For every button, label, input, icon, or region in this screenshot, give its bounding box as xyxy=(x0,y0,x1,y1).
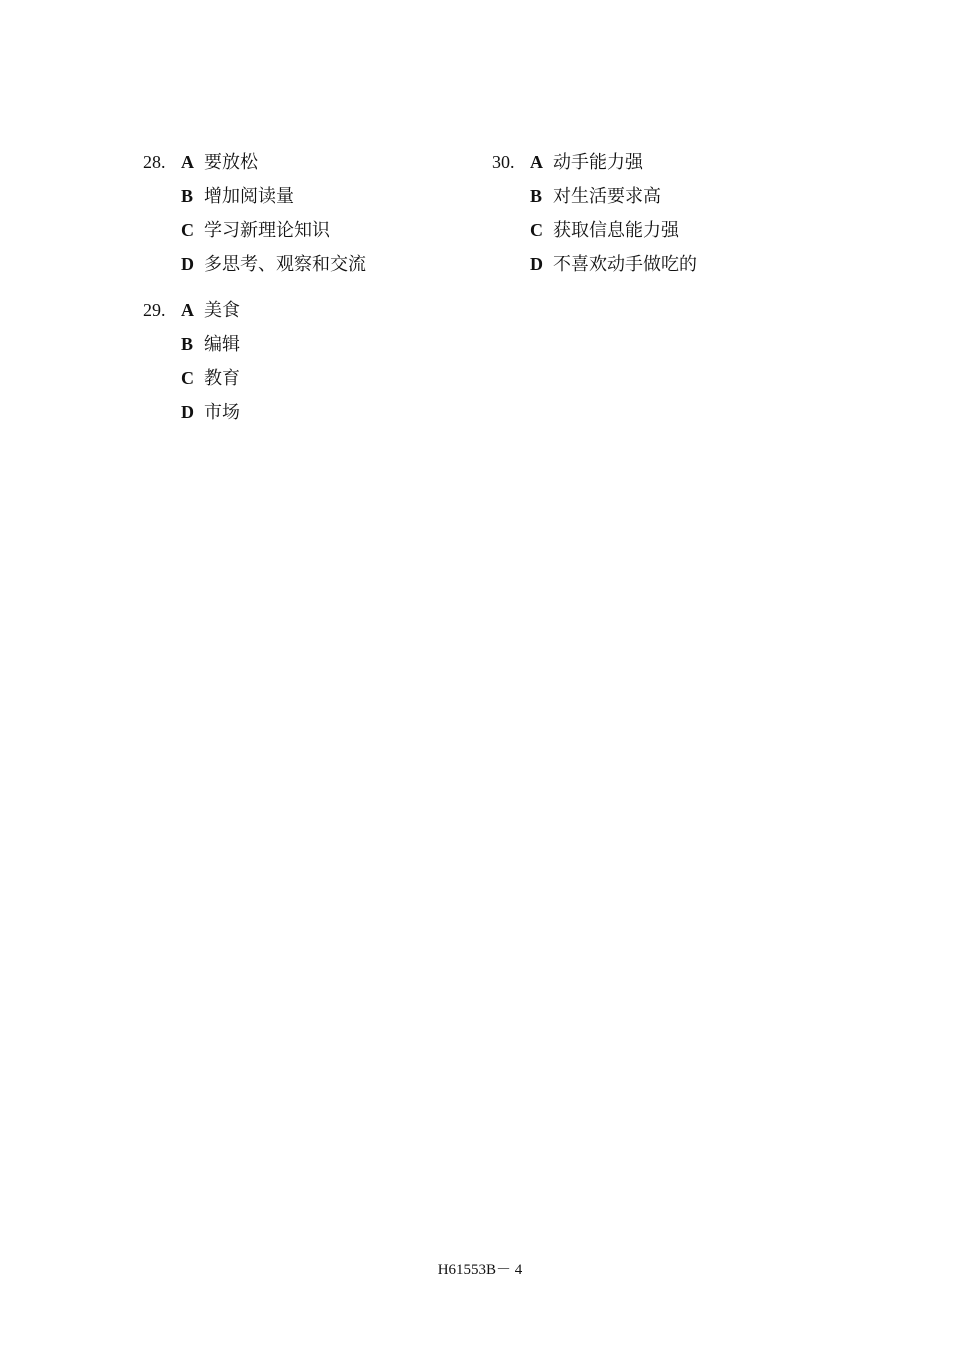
option-letter: D xyxy=(181,254,204,275)
option-text: 获取信息能力强 xyxy=(553,216,679,242)
option-text: 多思考、观察和交流 xyxy=(204,250,366,276)
option-letter: D xyxy=(181,402,204,423)
option-row: 30. A 动手能力强 xyxy=(492,148,697,182)
option-row: B 编辑 xyxy=(143,330,240,364)
question-number: 29. xyxy=(143,300,181,321)
option-letter: B xyxy=(530,186,553,207)
option-row: C 学习新理论知识 xyxy=(143,216,366,250)
option-letter: D xyxy=(530,254,553,275)
option-row: D 市场 xyxy=(143,398,240,432)
option-row: 28. A 要放松 xyxy=(143,148,366,182)
option-row: B 对生活要求高 xyxy=(492,182,697,216)
question-number: 30. xyxy=(492,152,530,173)
option-letter: B xyxy=(181,334,204,355)
option-letter: A xyxy=(530,152,553,173)
option-text: 对生活要求高 xyxy=(553,182,661,208)
option-text: 市场 xyxy=(204,398,240,424)
option-text: 不喜欢动手做吃的 xyxy=(553,250,697,276)
option-text: 动手能力强 xyxy=(553,148,643,174)
question-30: 30. A 动手能力强 B 对生活要求高 C 获取信息能力强 D 不喜欢动手做吃… xyxy=(492,148,697,284)
option-letter: C xyxy=(181,368,204,389)
option-row: D 多思考、观察和交流 xyxy=(143,250,366,284)
page-footer-code: H61553B－ 4 xyxy=(0,1258,960,1279)
option-row: C 获取信息能力强 xyxy=(492,216,697,250)
option-text: 教育 xyxy=(204,364,240,390)
option-letter: A xyxy=(181,300,204,321)
option-text: 学习新理论知识 xyxy=(204,216,330,242)
option-row: B 增加阅读量 xyxy=(143,182,366,216)
option-letter: C xyxy=(530,220,553,241)
question-29: 29. A 美食 B 编辑 C 教育 D 市场 xyxy=(143,296,240,432)
option-letter: B xyxy=(181,186,204,207)
option-text: 要放松 xyxy=(204,148,258,174)
option-row: C 教育 xyxy=(143,364,240,398)
option-text: 增加阅读量 xyxy=(204,182,294,208)
question-28: 28. A 要放松 B 增加阅读量 C 学习新理论知识 D 多思考、观察和交流 xyxy=(143,148,366,284)
option-row: D 不喜欢动手做吃的 xyxy=(492,250,697,284)
option-letter: C xyxy=(181,220,204,241)
option-text: 美食 xyxy=(204,296,240,322)
question-number: 28. xyxy=(143,152,181,173)
option-text: 编辑 xyxy=(204,330,240,356)
option-letter: A xyxy=(181,152,204,173)
option-row: 29. A 美食 xyxy=(143,296,240,330)
